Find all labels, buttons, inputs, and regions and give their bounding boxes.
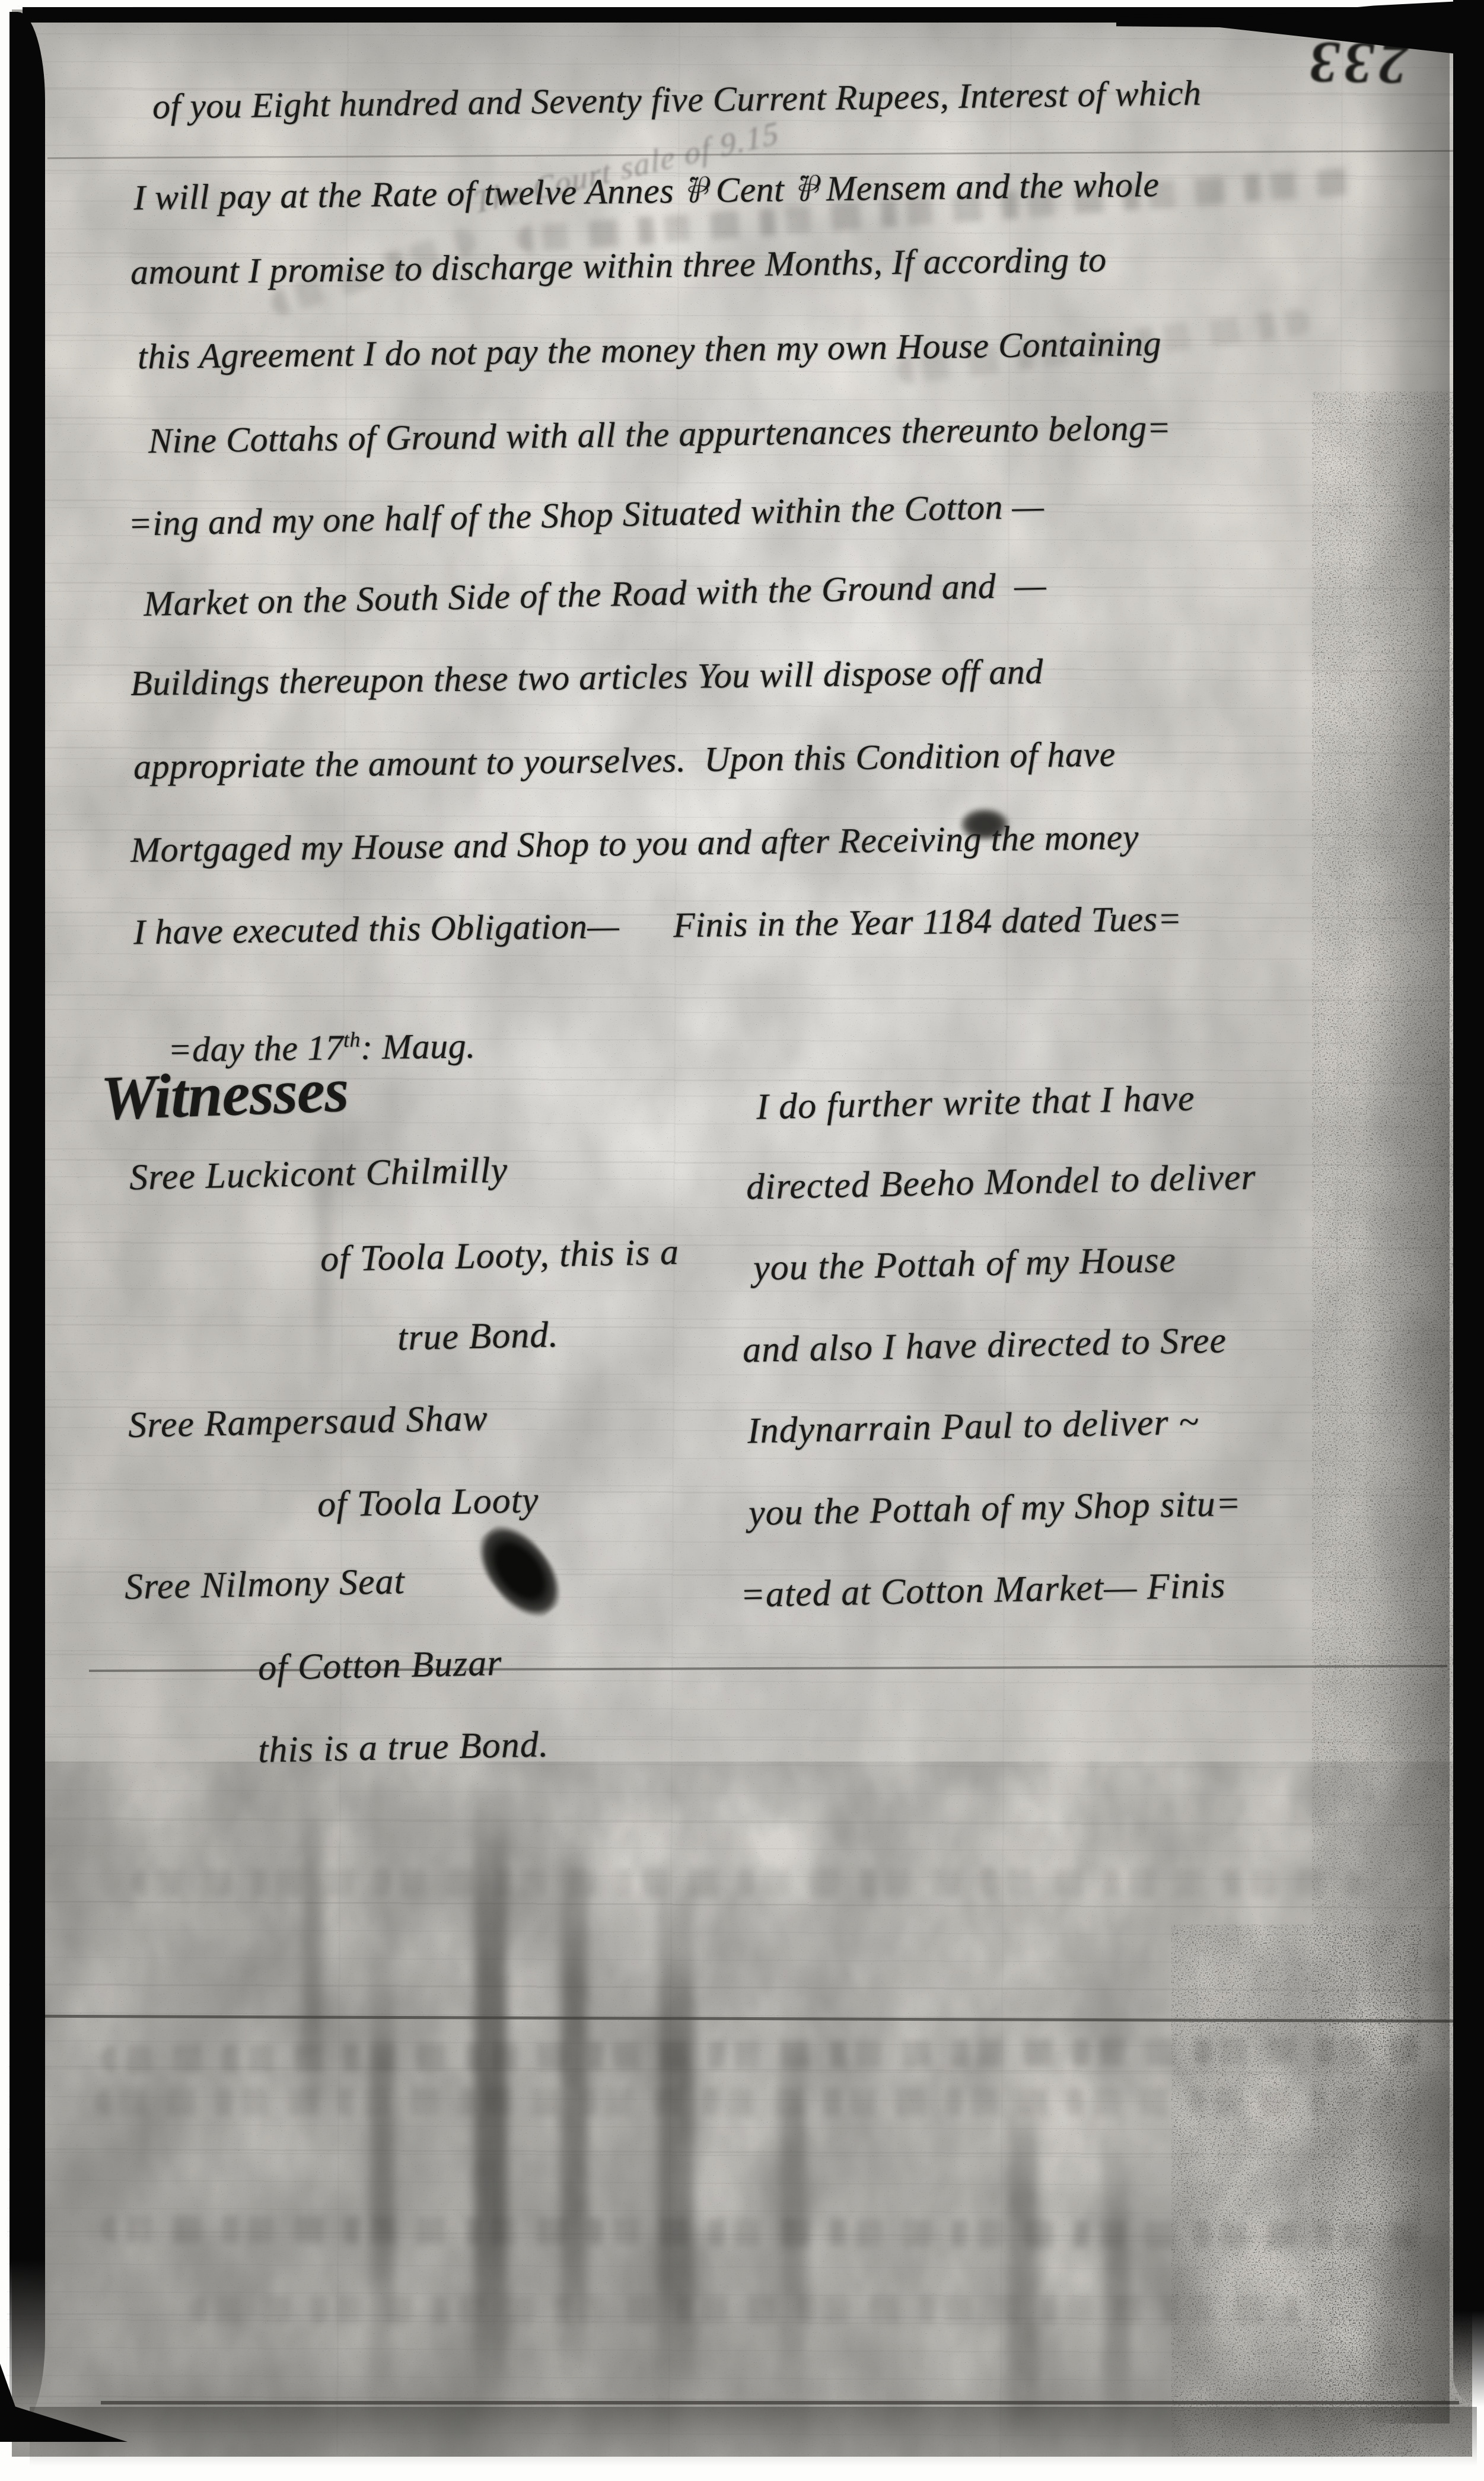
gutter-shadow	[1361, 9, 1450, 2423]
witness-line: true Bond.	[397, 1314, 559, 1359]
manuscript-page: The Court sale of 9.15 233 of you Eight …	[12, 9, 1472, 2457]
witness-line: Sree Nilmony Seat	[124, 1560, 405, 1608]
stain-streak	[302, 1771, 323, 2139]
deposition-line: you the Pottah of my House	[753, 1239, 1176, 1289]
scanned-document: The Court sale of 9.15 233 of you Eight …	[0, 0, 1484, 2481]
witness-line: of Toola Looty, this is a	[320, 1231, 679, 1281]
ink-blot	[465, 1513, 574, 1629]
stain-streak	[561, 1813, 587, 2406]
body-line: of you Eight hundred and Seventy five Cu…	[152, 72, 1202, 127]
body-line-text: : Maug.	[360, 1026, 475, 1067]
body-line: appropriate the amount to yourselves. Up…	[133, 734, 1116, 788]
deposition-line: I do further write that I have	[756, 1078, 1195, 1129]
witness-line: this is a true Bond.	[257, 1724, 549, 1772]
body-line: I have executed this Obligation— Finis i…	[133, 898, 1182, 953]
pencil-line	[36, 2015, 1459, 2023]
stain-streak	[658, 1842, 694, 2406]
deposition-line: Indynarrain Paul to deliver ~	[747, 1401, 1199, 1452]
body-line: Buildings thereupon these two articles Y…	[130, 651, 1044, 704]
witness-line: of Cotton Buzar	[257, 1642, 502, 1689]
ordinal-superscript: th	[343, 1028, 361, 1052]
stain-streak	[1008, 2079, 1038, 2447]
stain-streak	[780, 1990, 807, 2406]
witness-line: Sree Luckicont Chilmilly	[129, 1149, 508, 1199]
ghost-writing-row	[190, 2296, 1305, 2323]
body-line: Nine Cottahs of Ground with all the appu…	[148, 407, 1171, 462]
witness-line: of Toola Looty	[317, 1479, 539, 1525]
stain-streak	[371, 1931, 394, 2406]
body-line: amount I promise to discharge within thr…	[130, 239, 1107, 293]
scan-border-left	[9, 12, 45, 2428]
deposition-line: you the Pottah of my Shop situ=	[748, 1483, 1241, 1535]
deposition-line: =ated at Cotton Market— Finis	[740, 1565, 1225, 1616]
witnesses-heading: Witnesses	[100, 1054, 349, 1135]
body-line: Mortgaged my House and Shop to you and a…	[130, 817, 1139, 871]
body-line: =ing and my one half of the Shop Situate…	[128, 486, 1044, 544]
ghost-writing-row	[101, 2215, 1424, 2250]
ghost-writing-row	[95, 2088, 1394, 2116]
ghost-writing-row	[101, 2036, 1429, 2073]
body-line: Market on the South Side of the Road wit…	[143, 565, 1046, 625]
witness-line: Sree Rampersaud Shaw	[128, 1397, 488, 1447]
stain-streak	[475, 1783, 507, 2423]
deposition-line: and also I have directed to Sree	[742, 1320, 1227, 1371]
bottom-edge-shadow	[30, 2407, 1477, 2466]
scan-border-right	[1453, 0, 1484, 2407]
deposition-line: directed Beeho Mondel to deliver	[746, 1156, 1256, 1208]
pencil-line	[101, 2401, 1459, 2404]
